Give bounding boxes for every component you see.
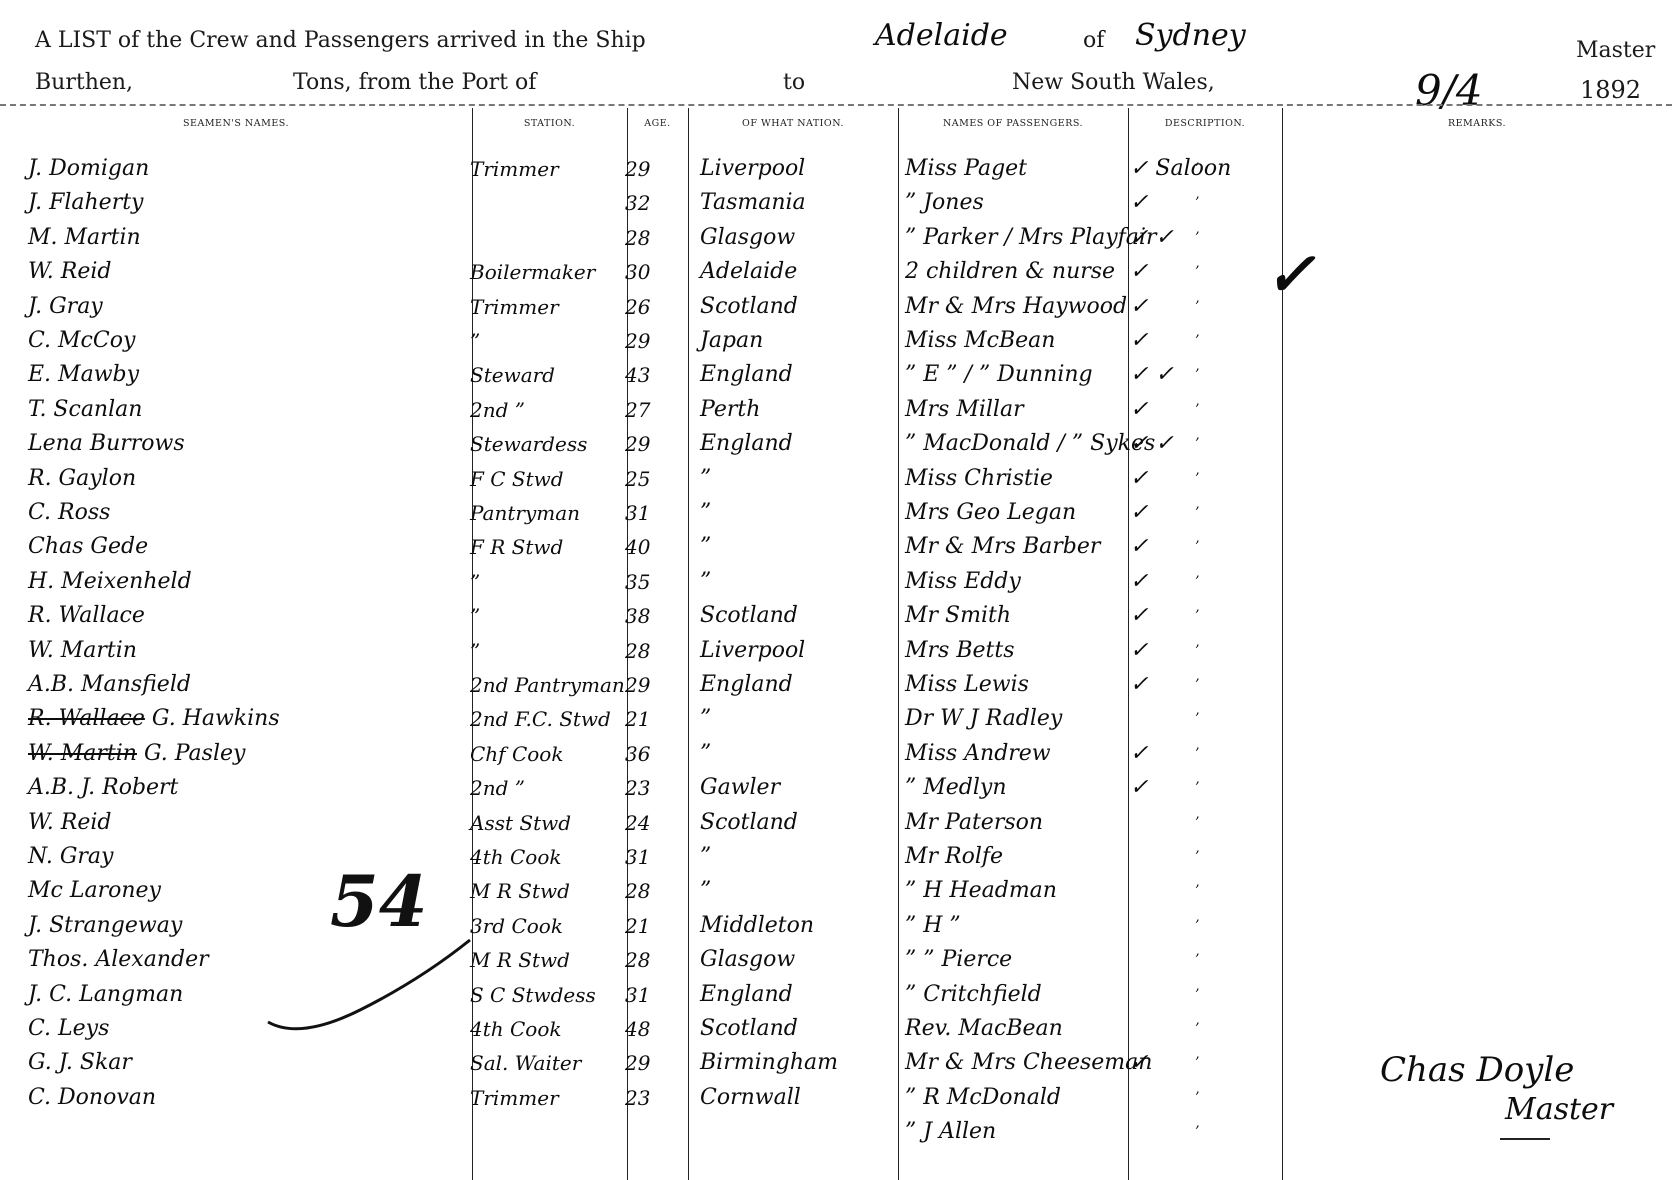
bracket-curve-annotation (0, 0, 1672, 1180)
